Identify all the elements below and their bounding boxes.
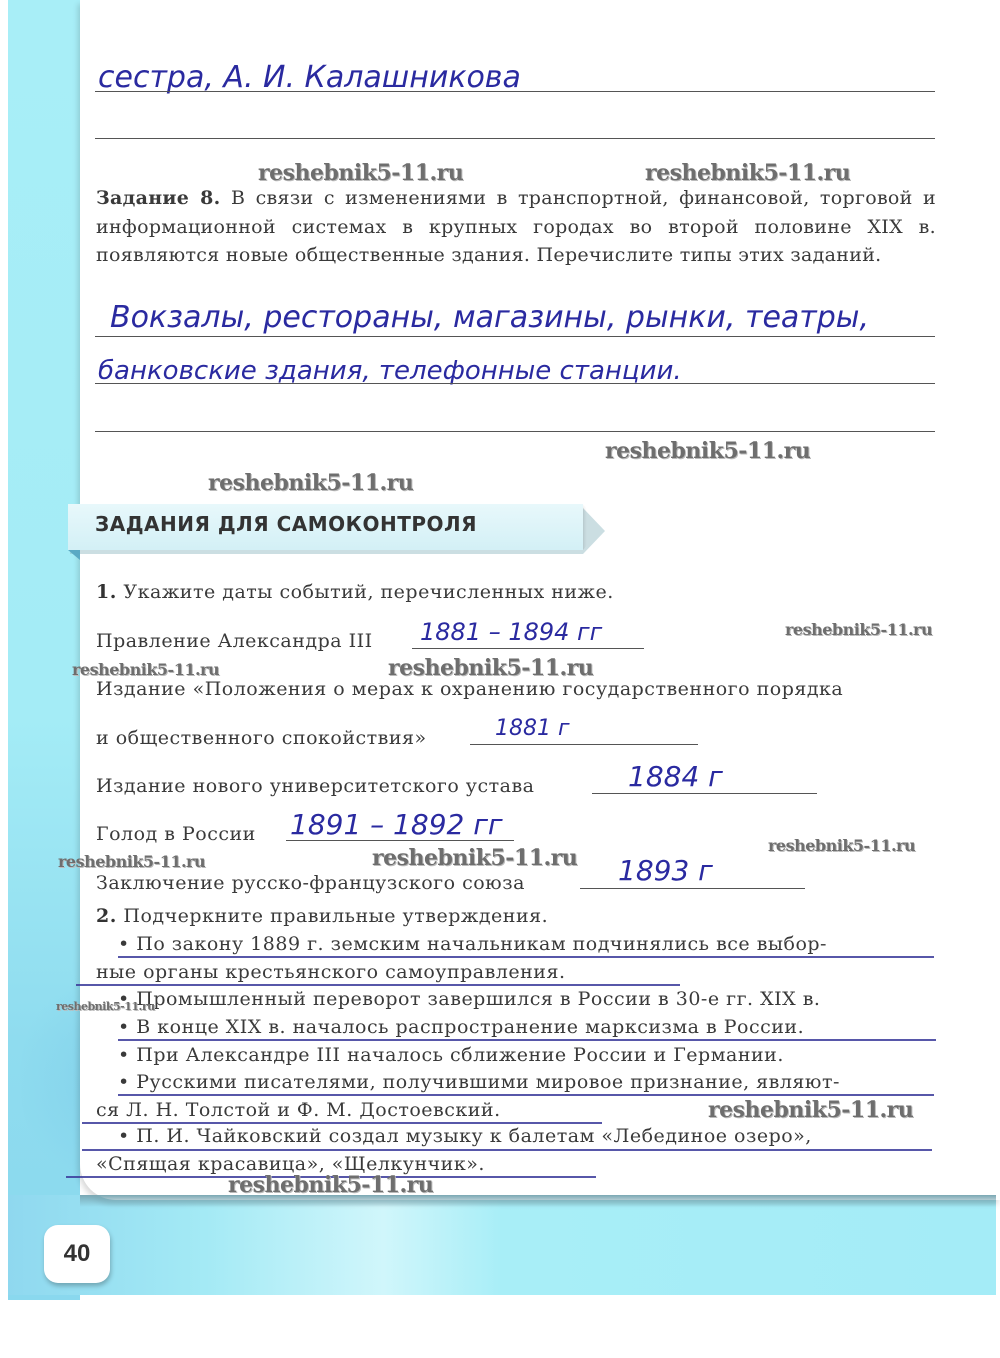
watermark: reshebnik5-11.ru [785, 620, 932, 639]
task-8-text: Задание 8. В связи с изменениями в транс… [96, 184, 936, 270]
date-answer: 1891 – 1892 гг [290, 808, 503, 841]
date-answer: 1881 – 1894 гг [420, 618, 602, 646]
question-2-prompt: 2. Подчеркните правильные утверждения. [96, 902, 548, 930]
footer-shadow [80, 1195, 996, 1207]
watermark: reshebnik5-11.ru [708, 1097, 913, 1123]
date-answer: 1884 г [628, 760, 723, 793]
task-8-label: Задание 8. [96, 187, 221, 209]
watermark: reshebnik5-11.ru [605, 438, 810, 464]
watermark: reshebnik5-11.ru [372, 845, 577, 871]
date-item-label: и общественного спокойствия» [96, 724, 427, 752]
handwritten-answer-top: сестра, А. И. Калашникова [98, 60, 521, 95]
watermark: reshebnik5-11.ru [228, 1172, 433, 1198]
watermark: reshebnik5-11.ru [258, 160, 463, 186]
date-answer-line [412, 648, 644, 649]
date-answer: 1893 г [618, 854, 713, 887]
task-8-body: В связи с изменениями в транспортной, фи… [96, 187, 936, 266]
page-number-badge: 40 [44, 1225, 110, 1283]
page-footer-band [8, 1195, 996, 1295]
date-item-label: Заключение русско-французского союза [96, 869, 525, 897]
handwritten-answer-line: Вокзалы, рестораны, магазины, рынки, теа… [110, 300, 869, 335]
watermark: reshebnik5-11.ru [56, 1000, 155, 1013]
banner-fold [68, 550, 80, 560]
date-item-label: Голод в России [96, 820, 256, 848]
watermark: reshebnik5-11.ru [768, 836, 915, 855]
answer-line [95, 383, 935, 384]
statement-line: • По закону 1889 г. земским начальникам … [118, 930, 827, 958]
question-1-prompt: 1. Укажите даты событий, перечисленных н… [96, 578, 614, 606]
question-text: Укажите даты событий, перечисленных ниже… [123, 581, 613, 603]
date-answer: 1881 г [495, 716, 570, 741]
date-item-label: Издание «Положения о мерах к охранению г… [96, 675, 843, 703]
statement-line: ные органы крестьянского самоуправления. [96, 958, 565, 986]
watermark: reshebnik5-11.ru [208, 470, 413, 496]
answer-line [95, 91, 935, 92]
question-number: 2. [96, 905, 117, 927]
question-text: Подчеркните правильные утверждения. [123, 905, 548, 927]
statement-line: • При Александре III началось сближение … [118, 1041, 784, 1069]
date-item-label: Издание нового университетского устава [96, 772, 535, 800]
section-title: ЗАДАНИЯ ДЛЯ САМОКОНТРОЛЯ [95, 512, 477, 536]
page-number: 40 [64, 1240, 91, 1268]
date-answer-line [470, 744, 698, 745]
statement-line: ся Л. Н. Толстой и Ф. М. Достоевский. [96, 1096, 501, 1124]
answer-line [95, 138, 935, 139]
statement-line: • П. И. Чайковский создал музыку к балет… [118, 1122, 812, 1150]
date-answer-line [592, 793, 817, 794]
statement-line: • Промышленный переворот завершился в Ро… [118, 985, 820, 1013]
date-answer-line [580, 888, 805, 889]
answer-line [95, 336, 935, 337]
statement-line: • В конце XIX в. началось распространени… [118, 1013, 804, 1041]
question-number: 1. [96, 581, 117, 603]
statement-line: • Русскими писателями, получившими миров… [118, 1068, 840, 1096]
answer-line [95, 431, 935, 432]
handwritten-answer-line: банковские здания, телефонные станции. [98, 356, 682, 386]
date-item-label: Правление Александра III [96, 627, 373, 655]
watermark: reshebnik5-11.ru [645, 160, 850, 186]
